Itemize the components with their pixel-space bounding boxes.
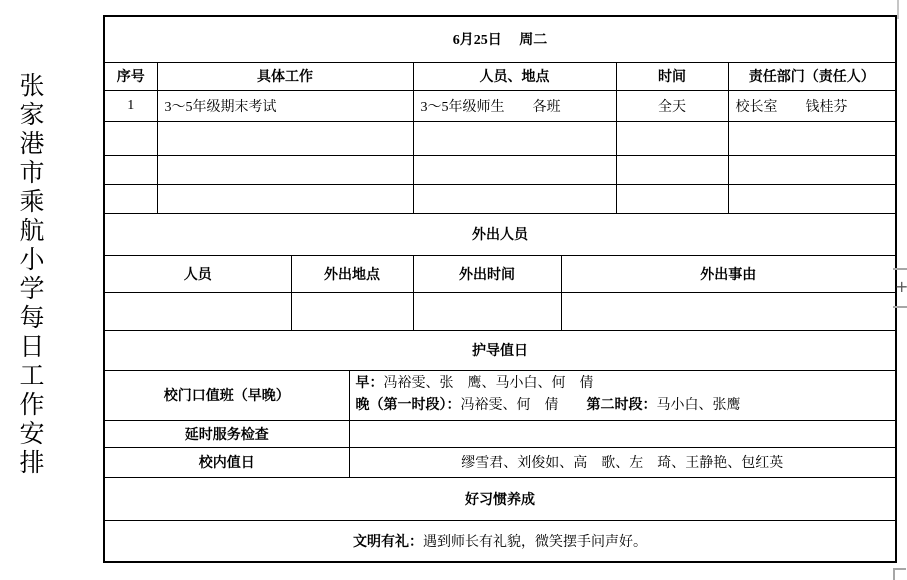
empty-cell[interactable]	[413, 155, 616, 184]
delay-check-label-cell[interactable]: 延时服务检查	[104, 420, 349, 447]
empty-cell[interactable]	[616, 121, 728, 155]
header-serial-cell[interactable]: 序号	[104, 62, 157, 90]
date-title-cell[interactable]: 6月25日 周二	[104, 16, 896, 62]
habit-title-cell[interactable]: 好习惯养成	[104, 477, 896, 520]
split-line-top	[893, 268, 907, 270]
outing-header-time-cell[interactable]: 外出时间	[413, 255, 561, 292]
second-period-label: 第二时段：	[587, 398, 657, 413]
empty-cell[interactable]	[157, 121, 413, 155]
empty-cell[interactable]	[728, 155, 896, 184]
empty-cell[interactable]	[157, 155, 413, 184]
gate-duty-evening-line: 晚（第一时段）：冯裕雯、何 倩第二时段：马小白、张鹰	[356, 395, 890, 417]
page-corner-mark	[893, 568, 906, 580]
empty-cell[interactable]	[413, 184, 616, 213]
outing-empty-place-cell[interactable]	[291, 292, 413, 330]
delay-check-content-cell[interactable]	[349, 420, 896, 447]
outing-title-cell[interactable]: 外出人员	[104, 213, 896, 255]
scroll-split-widget[interactable]: +	[890, 268, 907, 308]
empty-cell[interactable]	[616, 155, 728, 184]
row1-department-cell[interactable]: 校长室 钱桂芬	[728, 90, 896, 121]
scrollbar-top-mark	[897, 0, 899, 19]
header-time-cell[interactable]: 时间	[616, 62, 728, 90]
empty-cell[interactable]	[616, 184, 728, 213]
header-task-cell[interactable]: 具体工作	[157, 62, 413, 90]
row1-people-place-cell[interactable]: 3～5年级师生 各班	[413, 90, 616, 121]
empty-cell[interactable]	[413, 121, 616, 155]
habit-rule-cell[interactable]: 文明有礼：遇到师长有礼貌，微笑摆手问声好。	[104, 520, 896, 562]
morning-label: 早：	[356, 376, 384, 391]
empty-cell[interactable]	[104, 121, 157, 155]
row1-serial-cell[interactable]: 1	[104, 90, 157, 121]
empty-cell[interactable]	[104, 155, 157, 184]
row1-task-cell[interactable]: 3～5年级期末考试	[157, 90, 413, 121]
row1-time-cell[interactable]: 全天	[616, 90, 728, 121]
gate-duty-content-cell[interactable]: 早：冯裕雯、张 鹰、马小白、何 倩 晚（第一时段）：冯裕雯、何 倩第二时段：马小…	[349, 370, 896, 420]
evening-label: 晚（第一时段）：	[356, 398, 461, 413]
empty-cell[interactable]	[728, 184, 896, 213]
empty-cell[interactable]	[728, 121, 896, 155]
outing-header-reason-cell[interactable]: 外出事由	[561, 255, 896, 292]
daily-schedule-table: 6月25日 周二 序号 具体工作 人员、地点 时间 责任部门（责任人） 1 3～…	[103, 15, 897, 563]
habit-rule-label: 文明有礼：	[353, 535, 423, 550]
split-line-bottom	[893, 306, 907, 308]
outing-header-place-cell[interactable]: 外出地点	[291, 255, 413, 292]
header-department-cell[interactable]: 责任部门（责任人）	[728, 62, 896, 90]
second-period-names: 马小白、张鹰	[657, 398, 741, 413]
outing-empty-time-cell[interactable]	[413, 292, 561, 330]
evening-names: 冯裕雯、何 倩	[461, 398, 559, 413]
outing-header-person-cell[interactable]: 人员	[104, 255, 291, 292]
empty-cell[interactable]	[157, 184, 413, 213]
empty-cell[interactable]	[104, 184, 157, 213]
outing-empty-reason-cell[interactable]	[561, 292, 896, 330]
outing-empty-person-cell[interactable]	[104, 292, 291, 330]
gate-duty-morning-line: 早：冯裕雯、张 鹰、马小白、何 倩	[356, 373, 890, 395]
habit-rule-text: 遇到师长有礼貌，微笑摆手问声好。	[423, 535, 647, 550]
morning-names: 冯裕雯、张 鹰、马小白、何 倩	[384, 376, 594, 391]
header-people-place-cell[interactable]: 人员、地点	[413, 62, 616, 90]
plus-icon[interactable]: +	[895, 277, 907, 297]
campus-duty-label-cell[interactable]: 校内值日	[104, 447, 349, 477]
duty-title-cell[interactable]: 护导值日	[104, 330, 896, 370]
document-vertical-title[interactable]: 张家港市乘航小学每日工作安排	[11, 72, 47, 478]
campus-duty-names-cell[interactable]: 缪雪君、刘俊如、高 歌、左 琦、王静艳、包红英	[349, 447, 896, 477]
gate-duty-label-cell[interactable]: 校门口值班（早晚）	[104, 370, 349, 420]
